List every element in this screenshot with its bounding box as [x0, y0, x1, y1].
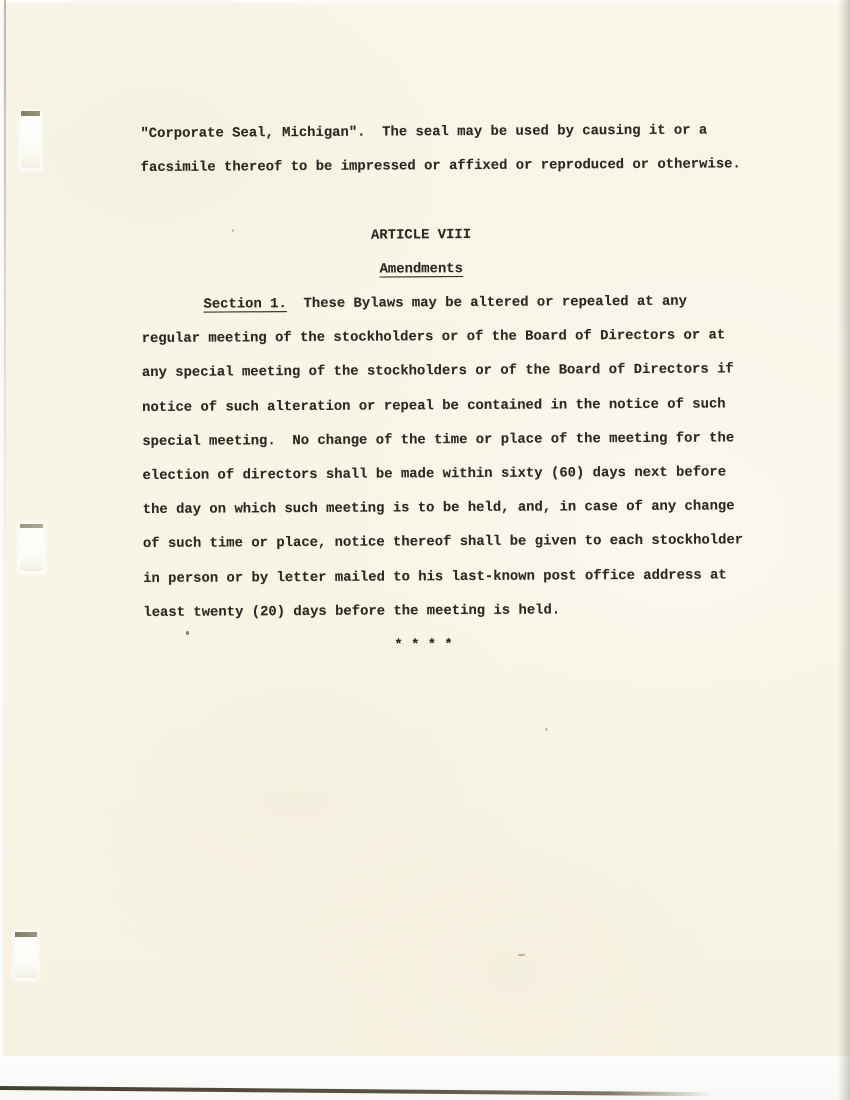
text-line: any special meeting of the stockholders …: [142, 353, 768, 391]
scanned-document-page: "Corporate Seal, Michigan". The seal may…: [0, 0, 850, 1100]
text-line: notice of such alteration or repeal be c…: [142, 387, 768, 425]
paper-top-edge: [0, 0, 850, 3]
punch-hole-bottom: [15, 932, 37, 978]
section-1-first-line: These Bylaws may be altered or repealed …: [287, 294, 687, 312]
scanner-background: [0, 1056, 850, 1100]
amendments-heading: Amendments: [141, 250, 701, 288]
text-line: least twenty (20) days before the meetin…: [143, 592, 769, 630]
scan-speck: [232, 229, 234, 232]
document-text: "Corporate Seal, Michigan". The seal may…: [140, 113, 769, 664]
text-line: special meeting. No change of the time o…: [142, 421, 768, 459]
text-line: regular meeting of the stockholders or o…: [142, 318, 768, 356]
scan-speck: [186, 631, 189, 635]
text-line: in person or by letter mailed to his las…: [143, 558, 769, 596]
blank-line: [141, 182, 767, 220]
scan-right-edge: [838, 0, 850, 1100]
paper-left-edge: [0, 0, 3, 1056]
section-1-label: Section 1.: [203, 296, 286, 313]
text-line: "Corporate Seal, Michigan". The seal may…: [140, 113, 766, 151]
scan-speck: [518, 954, 525, 956]
text-line: election of directors shall be made with…: [142, 455, 768, 493]
text-line: Section 1. These Bylaws may be altered o…: [141, 284, 767, 322]
text-line: of such time or place, notice thereof sh…: [143, 524, 769, 562]
paper-sheet: "Corporate Seal, Michigan". The seal may…: [0, 0, 850, 1056]
article-heading: ARTICLE VIII: [141, 216, 701, 254]
end-mark: * * * *: [143, 627, 703, 665]
punch-hole-top: [21, 111, 40, 168]
amendments-heading-text: Amendments: [380, 261, 463, 278]
scan-left-crease: [4, 0, 6, 560]
scan-speck: [545, 728, 548, 731]
text-line: facsimile thereof to be impressed or aff…: [141, 147, 767, 185]
punch-hole-middle: [20, 524, 43, 571]
text-line: the day on which such meeting is to be h…: [143, 489, 769, 527]
